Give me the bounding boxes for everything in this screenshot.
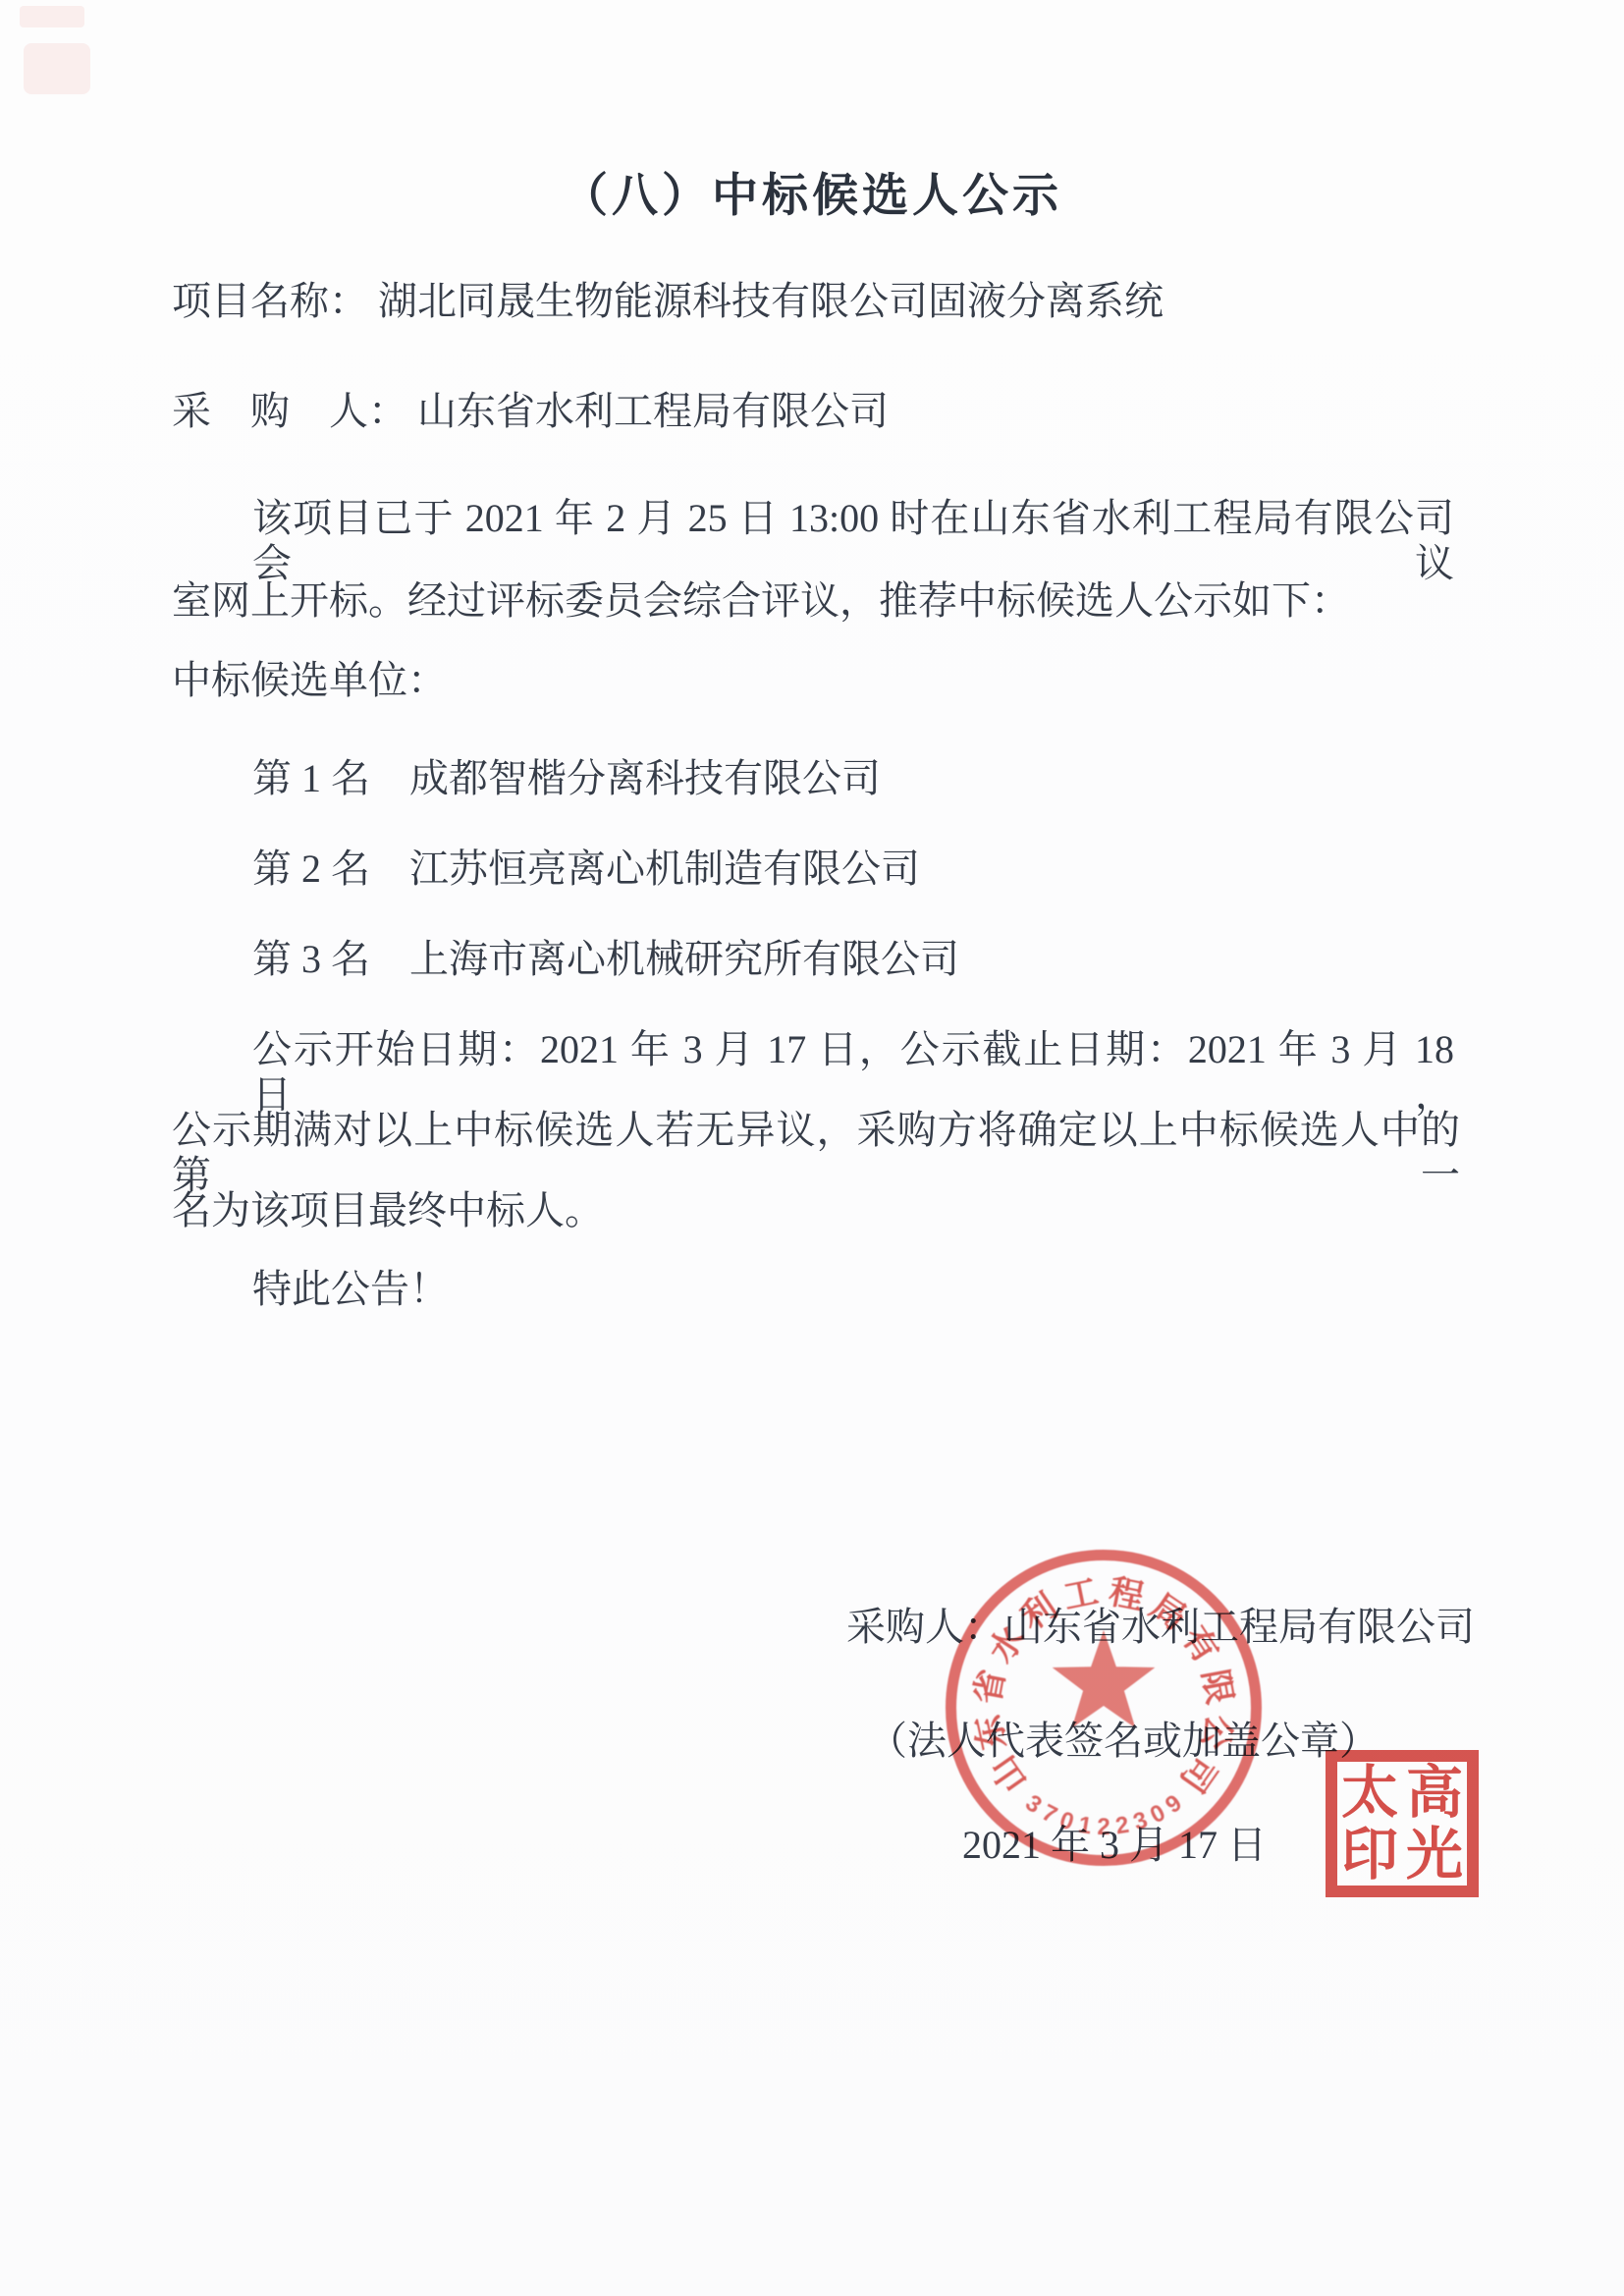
paragraph1-line1: 该项目已于 2021 年 2 月 25 日 13:00 时在山东省水利工程局有限… xyxy=(252,496,1454,586)
paragraph1-line2: 室网上开标。经过评标委员会综合评议，推荐中标候选人公示如下： xyxy=(172,578,1350,624)
round-seal-company-char: 东 xyxy=(965,1710,1012,1757)
square-seal-char: 高 xyxy=(1402,1762,1467,1824)
scan-artifact xyxy=(24,43,90,94)
purchaser-line: 采 购 人： 山东省水利工程局有限公司 xyxy=(172,389,889,434)
candidate-row-1: 第 1 名 成都智楷分离科技有限公司 xyxy=(252,756,881,801)
round-seal-company-char: 公 xyxy=(1195,1710,1242,1757)
page-title: （八）中标候选人公示 xyxy=(171,159,1453,225)
round-seal-company-char: 限 xyxy=(1197,1664,1243,1710)
candidate-row-2: 第 2 名 江苏恒亮离心机制造有限公司 xyxy=(252,847,920,892)
paragraph2-line1: 公示开始日期：2021 年 3 月 17 日，公示截止日期：2021 年 3 月… xyxy=(252,1027,1454,1118)
round-seal-company-char: 工 xyxy=(1057,1569,1104,1615)
scan-artifact xyxy=(20,6,84,27)
project-name-line: 项目名称： 湖北同晟生物能源科技有限公司固液分离系统 xyxy=(172,279,1164,324)
round-seal-company-char: 省 xyxy=(965,1664,1011,1710)
square-seal-char: 印 xyxy=(1337,1824,1402,1886)
seal-star-icon xyxy=(1045,1625,1163,1743)
round-seal-company-char: 程 xyxy=(1104,1569,1150,1615)
notice-line: 特此公告！ xyxy=(252,1267,449,1312)
name-square-seal: 太 高 印 光 xyxy=(1326,1750,1479,1897)
candidate-row-3: 第 3 名 上海市离心机械研究所有限公司 xyxy=(252,937,959,982)
round-seal-company-char: 司 xyxy=(1172,1748,1227,1803)
company-round-seal: 山东省水利工程局有限公司370122309 xyxy=(946,1550,1262,1866)
paragraph2-line2: 公示期满对以上中标候选人若无异议，采购方将确定以上中标候选人中的第一 xyxy=(172,1108,1460,1198)
square-seal-char: 太 xyxy=(1337,1762,1402,1824)
paragraph2-line3: 名为该项目最终中标人。 xyxy=(172,1188,604,1233)
candidates-label: 中标候选单位： xyxy=(172,658,447,703)
scanned-document-page: （八）中标候选人公示 项目名称： 湖北同晟生物能源科技有限公司固液分离系统 采 … xyxy=(0,0,1624,2296)
square-seal-char: 光 xyxy=(1402,1824,1467,1886)
star-shape xyxy=(1053,1630,1156,1728)
